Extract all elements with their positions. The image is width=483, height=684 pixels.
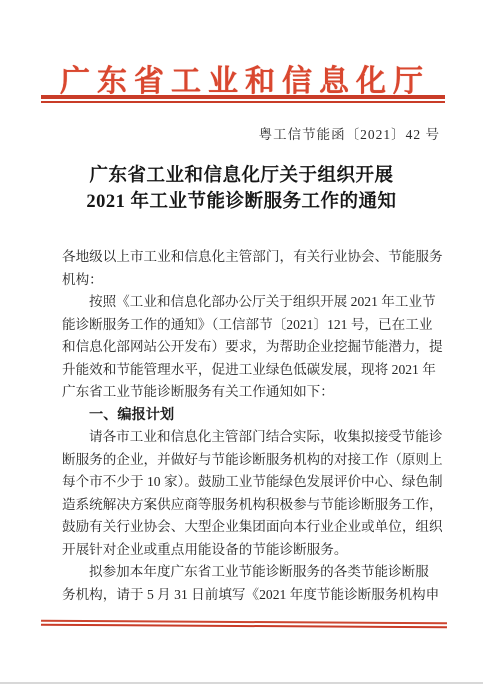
scanned-official-notice-page: 广东省工业和信息化厅 粤工信节能函〔2021〕42 号 广东省工业和信息化厅关于… bbox=[0, 0, 483, 684]
body-line-para1-2: 能诊断服务工作的通知》（工信部节〔2021〕121 号，已在工业 bbox=[62, 314, 442, 337]
document-reference-number: 粤工信节能函〔2021〕42 号 bbox=[259, 123, 440, 143]
letterhead-agency-name: 广东省工业和信息化厅 bbox=[0, 56, 483, 100]
body-line-para1-1: 按照《工业和信息化部办公厅关于组织开展 2021 年工业节 bbox=[62, 291, 442, 314]
document-title-line2: 2021 年工业节能诊断服务工作的通知 bbox=[0, 189, 483, 215]
body-line-para3-1: 拟参加本年度广东省工业节能诊断服务的各类节能诊断服 bbox=[62, 561, 442, 584]
body-line-para2-1: 请各市工业和信息化主管部门结合实际，收集拟接受节能诊 bbox=[62, 426, 442, 449]
body-line-salutation-2: 机构： bbox=[62, 269, 442, 292]
body-line-para1-4: 升能效和节能管理水平，促进工业绿色低碳发展，现将 2021 年 bbox=[62, 359, 442, 382]
body-line-para3-2: 务机构，请于 5 月 31 日前填写《2021 年度节能诊断服务机构申 bbox=[62, 584, 442, 607]
body-line-salutation-1: 各地级以上市工业和信息化主管部门，有关行业协会、节能服务 bbox=[62, 246, 442, 269]
footer-divider bbox=[41, 620, 447, 628]
document-title-line1: 广东省工业和信息化厅关于组织开展 bbox=[0, 163, 483, 189]
document-body: 各地级以上市工业和信息化主管部门，有关行业协会、节能服务 机构： 按照《工业和信… bbox=[62, 246, 442, 606]
body-line-para2-3: 每个市不少于 10 家）。鼓励工业节能绿色发展评价中心、绿色制 bbox=[62, 471, 442, 494]
body-line-para2-5: 鼓励有关行业协会、大型企业集团面向本行业企业或单位，组织 bbox=[62, 516, 442, 539]
body-line-para2-4: 造系统解决方案供应商等服务机构积极参与节能诊断服务工作， bbox=[62, 494, 442, 517]
body-line-para2-6: 开展针对企业或重点用能设备的节能诊断服务。 bbox=[62, 539, 442, 562]
body-line-para2-2: 断服务的企业，并做好与节能诊断服务机构的对接工作（原则上 bbox=[62, 449, 442, 472]
letterhead-divider-thick-line bbox=[41, 95, 445, 99]
letterhead-divider bbox=[41, 95, 445, 103]
document-title: 广东省工业和信息化厅关于组织开展 2021 年工业节能诊断服务工作的通知 bbox=[0, 163, 483, 215]
body-section1-heading: 一、编报计划 bbox=[62, 404, 442, 427]
body-line-para1-3: 和信息化部网站公开发布）要求，为帮助企业挖掘节能潜力，提 bbox=[62, 336, 442, 359]
body-line-para1-5: 广东省工业节能诊断服务有关工作通知如下： bbox=[62, 381, 442, 404]
letterhead-divider-thin-line bbox=[41, 101, 445, 103]
footer-divider-thick-line bbox=[41, 623, 447, 628]
